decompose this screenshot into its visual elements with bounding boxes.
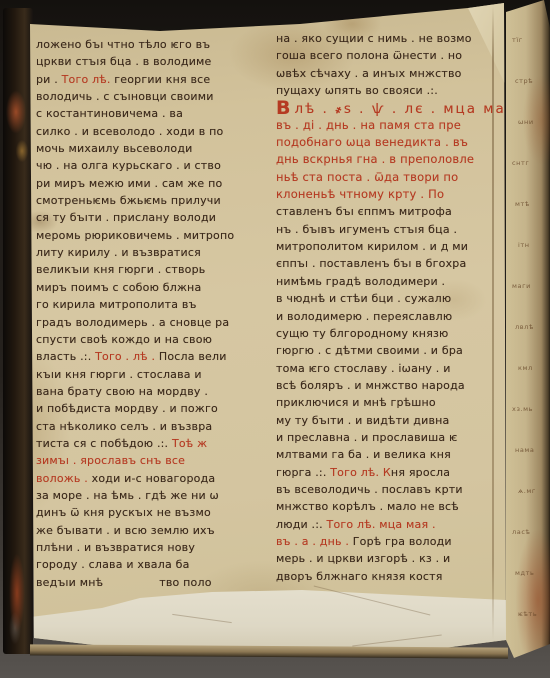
body-text: георгии кня все (114, 73, 210, 86)
fore-edge-text-fragment: мтѣ (515, 200, 530, 208)
body-text: ведъıи мнѣ (36, 576, 103, 589)
manuscript-line: на . яко сущии с нимь . не возмо (276, 30, 530, 47)
rubric-text: Тоѣ ж (172, 437, 207, 450)
fore-edge-text-fragment: маги (512, 282, 531, 290)
fore-edge-leaves: тїгстрѣѡниснтгмтѣітнмагилвлѣкмлхз.мьнама… (506, 0, 550, 666)
body-text: вана брату свою на мордву . (36, 385, 208, 398)
body-text: городу . слава и хвала ба (36, 558, 190, 571)
body-text: ходи и-с новагорода (92, 472, 216, 485)
manuscript-line: литу кирилу . и възвратися (36, 244, 264, 261)
rubric-text: Того . лѣ . (95, 350, 159, 363)
manuscript-line: нимѣмь градѣ володимери . (276, 273, 530, 290)
manuscript-line: ложено бъı чтно тѣло ѥго въ (36, 36, 264, 53)
body-text: володичь . с съıновци своими (36, 90, 214, 103)
body-text: тома ѥго стославу . іѡану . и (276, 362, 451, 375)
body-text: ся ту бъıти . прислану володи (36, 211, 216, 224)
rubric-text: Того лѣ. мца мая . (327, 518, 436, 531)
body-text: градъ володимерь . а сновце ра (36, 316, 229, 329)
body-text: с костантиновичема . ва (36, 107, 183, 120)
manuscript-line: силко . и всеволодо . ходи в по (36, 123, 264, 140)
body-text: му ту бъıти . и видѣти дивна (276, 414, 449, 427)
manuscript-line: дворъ блжнаго князя костя (276, 568, 530, 585)
body-text: го кирила митрополита въ (36, 298, 197, 311)
manuscript-line: градъ володимерь . а сновце ра (36, 314, 264, 331)
fore-edge-text-fragment: тїг (512, 36, 523, 44)
manuscript-line: и побѣдиста мордву . и пожго (36, 400, 264, 417)
body-text: гоша всего полона ѿнести . но (276, 49, 462, 62)
page-edge-stack (30, 644, 508, 658)
rubric-text: подобнаго ѡца венедикта . въ (276, 135, 468, 149)
body-text: приключися и мнѣ грѣшно (276, 396, 436, 409)
fore-edge-text-fragment: кмл (518, 364, 533, 372)
manuscript-line: мочь михаилу вьсеволоди (36, 140, 264, 157)
body-text: и володимерю . переяславлю (276, 310, 452, 323)
body-text: нъ . бъıвъ игуменъ стъıя бца . (276, 223, 457, 236)
manuscript-line: за море . на ѣмь . гдѣ же ни ѡ (36, 487, 264, 504)
fore-edge-text-fragment: стрѣ (515, 77, 533, 85)
body-text: сущю ту блгородному князю (276, 327, 449, 340)
fore-edge-text-fragment: ласѣ (512, 528, 530, 536)
body-text: смотреньѥмь бжьѥмь прилучи (36, 194, 221, 207)
body-text: спусти своѣ кождо и на свою (36, 333, 212, 346)
rubric-text: клоненьѣ чтному крту . По (276, 187, 444, 201)
manuscript-line: смотреньѥмь бжьѥмь прилучи (36, 192, 264, 209)
manuscript-photo: ложено бъı чтно тѣло ѥго въцркви стъıя б… (0, 0, 550, 678)
body-text: и побѣдиста мордву . и пожго (36, 402, 218, 415)
body-text: Горѣ гра володи (353, 535, 452, 548)
body-text: гюрга .:. (276, 466, 330, 479)
body-text: тво поло (159, 576, 211, 589)
manuscript-line: ставленъ бъı єппмъ митрофа (276, 203, 530, 220)
manuscript-line: тома ѥго стославу . іѡану . и (276, 360, 530, 377)
manuscript-line: млтвами га ба . и велика кня (276, 446, 530, 463)
body-text: же бъıвати . и всю землю ихъ (36, 524, 215, 537)
fore-edge-text-fragment: ѥѣть (518, 610, 537, 618)
manuscript-line: с костантиновичема . ва (36, 105, 264, 122)
body-text: великъıи кня гюрги . створь (36, 263, 205, 276)
manuscript-line: меромь рюриковичемь . митропо (36, 227, 264, 244)
fore-edge-text-fragment: лвлѣ (515, 323, 534, 331)
body-text: литу кирилу . и възвратися (36, 246, 201, 259)
body-text: власть .:. (36, 350, 95, 363)
text-column-left: ложено бъı чтно тѣло ѥго въцркви стъıя б… (36, 36, 264, 591)
fore-edge-text-fragment: ѧ.мг (518, 487, 536, 495)
body-text: нимѣмь градѣ володимери . (276, 275, 445, 288)
manuscript-line: володичь . с съıновци своими (36, 88, 264, 105)
manuscript-line: гоша всего полона ѿнести . но (276, 47, 530, 64)
manuscript-line: гюргю . с дѣтми своими . и бра (276, 342, 530, 359)
rubric-text: въ . ді . днь . на памя ста пре (276, 118, 461, 132)
text-column-right: на . яко сущии с нимь . не возмогоша все… (276, 30, 530, 585)
manuscript-line: гюрга .:. Того лѣ. Кня яросла (276, 464, 530, 481)
manuscript-line: ся ту бъıти . прислану володи (36, 209, 264, 226)
manuscript-line: в чюднѣ и стѣи бци . сужалю (276, 290, 530, 307)
body-text: пущаху ѡпять во свояси .:. (276, 84, 438, 97)
rubric-text: воложь . (36, 472, 92, 485)
manuscript-line: власть .:. Того . лѣ . Посла вели (36, 348, 264, 365)
manuscript-line: ри . Того лѣ. георгии кня все (36, 71, 264, 88)
manuscript-line: миръ поимъ с собою блжна (36, 279, 264, 296)
body-text: на . яко сущии с нимь . не возмо (276, 32, 472, 45)
fore-edge-text-fragment: ѡни (518, 118, 534, 126)
body-text: млтвами га ба . и велика кня (276, 448, 451, 461)
book-binding-spine (3, 8, 33, 654)
body-text: ложено бъı чтно тѣло ѥго въ (36, 38, 210, 51)
manuscript-line: всѣ боляръ . и мнжство народа (276, 377, 530, 394)
manuscript-line: въ . а . днь . Горѣ гра володи (276, 533, 530, 550)
body-text: къıи кня гюрги . стослава и (36, 368, 202, 381)
rubric-text: Того лѣ. К (330, 466, 391, 479)
manuscript-line: ньѣ ста поста . ѿда твори по (276, 169, 530, 186)
manuscript-line: въ всеволодичь . пославъ крти (276, 481, 530, 498)
manuscript-line: ѡвѣх сѣчаху . а инъıх мнжство (276, 65, 530, 82)
body-text: за море . на ѣмь . гдѣ же ни ѡ (36, 489, 219, 502)
body-text: єппъı . поставленъ бъı в бгохра (276, 257, 466, 270)
manuscript-line: плѣни . и възвратися нову (36, 539, 264, 556)
body-text: мнжство корѣлъ . мало не всѣ (276, 500, 459, 513)
body-text: ри . (36, 73, 62, 86)
manuscript-line: же бъıвати . и всю землю ихъ (36, 522, 264, 539)
manuscript-line: динъ ѿ кня рускъıх не възмо (36, 504, 264, 521)
manuscript-line: ста нѣколико селъ . и възвра (36, 418, 264, 435)
body-text: мерь . и цркви изгорѣ . кз . и (276, 552, 450, 565)
body-text: гюргю . с дѣтми своими . и бра (276, 344, 463, 357)
manuscript-line: ри миръ межю ими . сам же по (36, 175, 264, 192)
body-text: плѣни . и възвратися нову (36, 541, 195, 554)
manuscript-line: и преславна . и прославиша ѥ (276, 429, 530, 446)
manuscript-line: тиста ся с побѣдою .:. Тоѣ ж (36, 435, 264, 452)
rubric-text: Того лѣ. (62, 73, 115, 86)
manuscript-line: єппъı . поставленъ бъı в бгохра (276, 255, 530, 272)
body-text: ри миръ межю ими . сам же по (36, 177, 222, 190)
manuscript-line: и володимерю . переяславлю (276, 308, 530, 325)
body-text: митрополитом кирилом . и д ми (276, 240, 468, 253)
manuscript-line: городу . слава и хвала ба (36, 556, 264, 573)
body-text: въ всеволодичь . пославъ крти (276, 483, 463, 496)
rubric-text: В (276, 97, 291, 119)
rubric-text: ньѣ ста поста . ѿда твори по (276, 170, 458, 184)
fore-edge-text-fragment: нама (515, 446, 535, 454)
manuscript-line: въ . ді . днь . на памя ста пре (276, 117, 530, 134)
body-text: в чюднѣ и стѣи бци . сужалю (276, 292, 451, 305)
manuscript-line: люди .:. Того лѣ. мца мая . (276, 516, 530, 533)
body-text: ѡвѣх сѣчаху . а инъıх мнжство (276, 67, 462, 80)
body-text: всѣ боляръ . и мнжство народа (276, 379, 465, 392)
body-text: люди .:. (276, 518, 327, 531)
manuscript-line: чю . на олга курьскаго . и ство (36, 157, 264, 174)
manuscript-line: нъ . бъıвъ игуменъ стъıя бца . (276, 221, 530, 238)
body-text: силко . и всеволодо . ходи в по (36, 125, 223, 138)
manuscript-line: митрополитом кирилом . и д ми (276, 238, 530, 255)
body-text: чю . на олга курьскаго . и ство (36, 159, 221, 172)
manuscript-line: днь вскрнья гна . в преполовле (276, 151, 530, 168)
body-text: меромь рюриковичемь . митропо (36, 229, 234, 242)
body-text: ставленъ бъı єппмъ митрофа (276, 205, 452, 218)
manuscript-line: цркви стъıя бца . в володиме (36, 53, 264, 70)
manuscript-line: великъıи кня гюрги . створь (36, 261, 264, 278)
body-text: ня яросла (391, 466, 450, 479)
rubric-text: въ . а . днь . (276, 535, 353, 548)
manuscript-line: го кирила митрополита въ (36, 296, 264, 313)
manuscript-line: зимъı . ярославъ снъ все (36, 452, 264, 469)
manuscript-line: клоненьѣ чтному крту . По (276, 186, 530, 203)
manuscript-line: му ту бъıти . и видѣти дивна (276, 412, 530, 429)
rubric-text: зимъı . ярославъ снъ все (36, 454, 185, 467)
manuscript-line: мнжство корѣлъ . мало не всѣ (276, 498, 530, 515)
body-text: мочь михаилу вьсеволоди (36, 142, 193, 155)
body-text: дворъ блжнаго князя костя (276, 570, 443, 583)
body-text: миръ поимъ с собою блжна (36, 281, 201, 294)
fore-edge-text-fragment: снтг (512, 159, 529, 167)
manuscript-line: спусти своѣ кождо и на свою (36, 331, 264, 348)
manuscript-line: пущаху ѡпять во свояси .:. (276, 82, 530, 99)
manuscript-line: мерь . и цркви изгорѣ . кз . и (276, 550, 530, 567)
body-text: ста нѣколико селъ . и възвра (36, 420, 212, 433)
body-text: и преславна . и прославиша ѥ (276, 431, 457, 444)
body-text: цркви стъıя бца . в володиме (36, 55, 212, 68)
body-text: тиста ся с побѣдою .:. (36, 437, 172, 450)
manuscript-line: къıи кня гюрги . стослава и (36, 366, 264, 383)
fore-edge-text-fragment: хз.мь (512, 405, 533, 413)
manuscript-line: подобнаго ѡца венедикта . въ (276, 134, 530, 151)
manuscript-line: сущю ту блгородному князю (276, 325, 530, 342)
manuscript-line: Влѣ . ҂ѕ . ѱ . лє . мца марта . (276, 99, 530, 116)
fore-edge-text-fragment: ітн (518, 241, 530, 249)
manuscript-line: вана брату свою на мордву . (36, 383, 264, 400)
manuscript-line: воложь . ходи и-с новагорода (36, 470, 264, 487)
manuscript-line: приключися и мнѣ грѣшно (276, 394, 530, 411)
fore-edge-text-fragment: мдть (515, 569, 534, 577)
body-text: динъ ѿ кня рускъıх не възмо (36, 506, 211, 519)
rubric-text: днь вскрнья гна . в преполовле (276, 152, 474, 166)
manuscript-line: ведъıи мнѣтво поло (36, 574, 264, 591)
body-text: Посла вели (159, 350, 227, 363)
